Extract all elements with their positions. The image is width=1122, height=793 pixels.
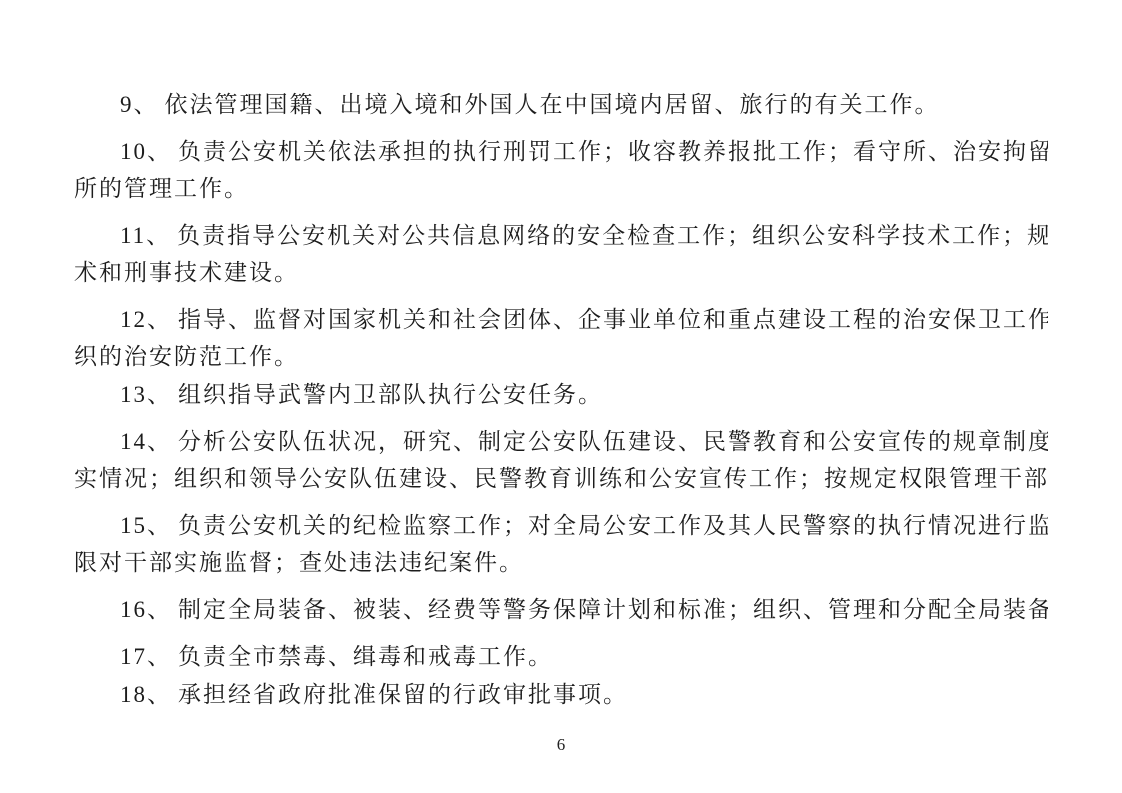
list-item-17: 17、负责全市禁毒、缉毒和戒毒工作。 — [74, 638, 1048, 675]
item-number: 18、 — [120, 682, 178, 707]
paragraph-line: 实情况；组织和领导公安队伍建设、民警教育训练和公安宣传工作；按规定权限管理干部。 — [74, 460, 1048, 497]
paragraph-line: 18、承担经省政府批准保留的行政审批事项。 — [74, 676, 1048, 713]
list-item-13: 13、组织指导武警内卫部队执行公安任务。 — [74, 376, 1048, 413]
item-text: 依法管理国籍、出境入境和外国人在中国境内居留、旅行的有关工作。 — [165, 92, 940, 117]
item-text: 指导、监督对国家机关和社会团体、企事业单位和重点建设工程的治安保卫工作以及群众性… — [178, 307, 1048, 332]
item-number: 12、 — [120, 307, 178, 332]
item-number: 9、 — [120, 92, 165, 117]
list-item-14: 14、分析公安队伍状况，研究、制定公安队伍建设、民警教育和公安宣传的规章制度，监… — [74, 423, 1048, 497]
paragraph-line: 织的治安防范工作。 — [74, 338, 1048, 375]
item-number: 13、 — [120, 382, 178, 407]
list-item-10: 10、负责公安机关依法承担的执行刑罚工作；收容教养报批工作；看守所、治安拘留所、… — [74, 133, 1048, 207]
document-body: 9、依法管理国籍、出境入境和外国人在中国境内居留、旅行的有关工作。 10、负责公… — [74, 86, 1048, 723]
item-number: 14、 — [120, 429, 178, 454]
page-number: 6 — [0, 734, 1122, 756]
paragraph-line: 11、负责指导公安机关对公共信息网络的安全检查工作；组织公安科学技术工作；规划公… — [74, 217, 1048, 254]
paragraph-line: 限对干部实施监督；查处违法违纪案件。 — [74, 544, 1048, 581]
list-item-9: 9、依法管理国籍、出境入境和外国人在中国境内居留、旅行的有关工作。 — [74, 86, 1048, 123]
list-item-18: 18、承担经省政府批准保留的行政审批事项。 — [74, 676, 1048, 713]
paragraph-line: 12、指导、监督对国家机关和社会团体、企事业单位和重点建设工程的治安保卫工作以及… — [74, 301, 1048, 338]
document-page: 9、依法管理国籍、出境入境和外国人在中国境内居留、旅行的有关工作。 10、负责公… — [0, 0, 1122, 793]
item-number: 16、 — [120, 597, 178, 622]
list-item-15: 15、负责公安机关的纪检监察工作；对全局公安工作及其人民警察的执行情况进行监察；… — [74, 507, 1048, 581]
item-text: 负责全市禁毒、缉毒和戒毒工作。 — [178, 644, 553, 669]
paragraph-line: 15、负责公安机关的纪检监察工作；对全局公安工作及其人民警察的执行情况进行监察；… — [74, 507, 1048, 544]
paragraph-line: 14、分析公安队伍状况，研究、制定公安队伍建设、民警教育和公安宣传的规章制度，监… — [74, 423, 1048, 460]
paragraph-line: 16、制定全局装备、被装、经费等警务保障计划和标准；组织、管理和分配全局装备、被… — [74, 591, 1048, 628]
item-text: 负责公安机关依法承担的执行刑罚工作；收容教养报批工作；看守所、治安拘留所、强制戒… — [178, 139, 1048, 164]
paragraph-line: 9、依法管理国籍、出境入境和外国人在中国境内居留、旅行的有关工作。 — [74, 86, 1048, 123]
item-number: 15、 — [120, 513, 178, 538]
item-number: 10、 — [120, 139, 178, 164]
item-text: 负责指导公安机关对公共信息网络的安全检查工作；组织公安科学技术工作；规划公共信息… — [177, 223, 1048, 248]
item-text: 组织指导武警内卫部队执行公安任务。 — [178, 382, 603, 407]
list-item-16: 16、制定全局装备、被装、经费等警务保障计划和标准；组织、管理和分配全局装备、被… — [74, 591, 1048, 628]
item-number: 17、 — [120, 644, 178, 669]
paragraph-line: 10、负责公安机关依法承担的执行刑罚工作；收容教养报批工作；看守所、治安拘留所、… — [74, 133, 1048, 170]
paragraph-line: 所的管理工作。 — [74, 170, 1048, 207]
paragraph-line: 13、组织指导武警内卫部队执行公安任务。 — [74, 376, 1048, 413]
list-item-12: 12、指导、监督对国家机关和社会团体、企事业单位和重点建设工程的治安保卫工作以及… — [74, 301, 1048, 375]
item-number: 11、 — [120, 223, 177, 248]
paragraph-line: 17、负责全市禁毒、缉毒和戒毒工作。 — [74, 638, 1048, 675]
paragraph-line: 术和刑事技术建设。 — [74, 254, 1048, 291]
item-text: 承担经省政府批准保留的行政审批事项。 — [178, 682, 628, 707]
list-item-11: 11、负责指导公安机关对公共信息网络的安全检查工作；组织公安科学技术工作；规划公… — [74, 217, 1048, 291]
item-text: 负责公安机关的纪检监察工作；对全局公安工作及其人民警察的执行情况进行监察；按规定… — [178, 513, 1048, 538]
item-text: 制定全局装备、被装、经费等警务保障计划和标准；组织、管理和分配全局装备、被装和经… — [178, 597, 1048, 622]
item-text: 分析公安队伍状况，研究、制定公安队伍建设、民警教育和公安宣传的规章制度，监督检查… — [178, 429, 1048, 454]
